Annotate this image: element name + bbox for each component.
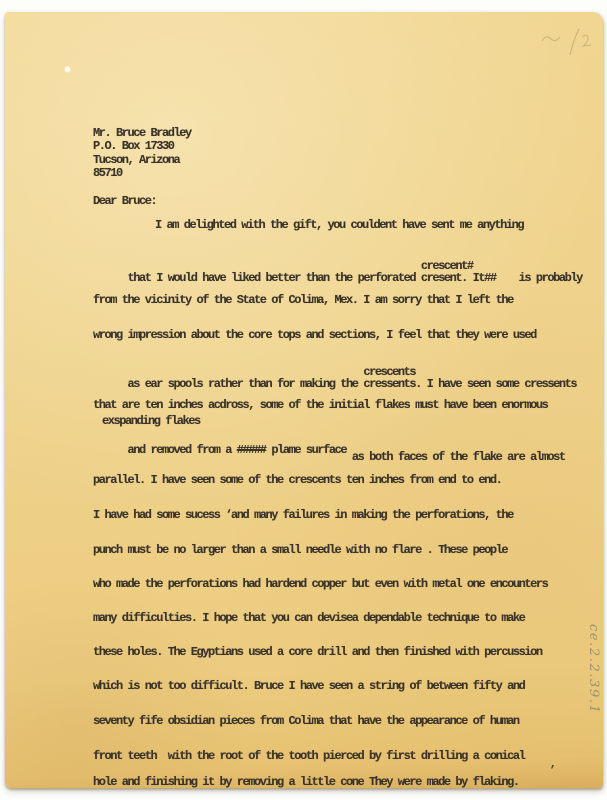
recipient-address: Mr. Bruce Bradley P.O. Box 17330 Tucson,… bbox=[93, 127, 191, 181]
address-line: Tucson, Arizona bbox=[93, 154, 191, 167]
body-line: who made the perforations had hardend co… bbox=[93, 577, 547, 591]
typed-correction: crescentscressents. bbox=[363, 377, 421, 391]
line-text: I have seen some cressents bbox=[421, 377, 576, 391]
archival-number-handwritten: ce.2.2.39.1 bbox=[585, 624, 601, 714]
faint-pencil-scribble bbox=[536, 25, 598, 61]
paper-flaw-speck bbox=[65, 67, 70, 72]
inserted-half-line: exspanding flakes bbox=[102, 414, 200, 428]
body-line: front teeth with the root of the tooth p… bbox=[93, 749, 524, 763]
body-line: which is not too difficult. Bruce I have… bbox=[93, 679, 524, 693]
struck-out-word: ##### bbox=[237, 443, 266, 457]
body-line: wrong impression about the core tops and… bbox=[93, 328, 536, 342]
body-line: I am delighted with the gift, you coulde… bbox=[155, 218, 523, 232]
body-line: punch must be no larger than a small nee… bbox=[93, 543, 507, 557]
typed-correction: crescent#cresent. bbox=[421, 271, 467, 285]
line-text: plame surface bbox=[266, 443, 352, 457]
body-line: that are ten inches acdross, some of the… bbox=[93, 398, 547, 412]
address-line: 85710 bbox=[93, 167, 191, 180]
corrected-word: cresent. bbox=[421, 271, 467, 285]
line-text: and removed from a bbox=[128, 443, 237, 457]
body-line: parallel. I have seen some of the cresce… bbox=[93, 473, 501, 487]
body-line-with-strikeout: and removed from a ##### plame surface a… bbox=[93, 429, 565, 471]
address-line: P.O. Box 17330 bbox=[93, 140, 191, 153]
dropped-baseline-text: as both faces of the flake are almost bbox=[352, 450, 565, 464]
body-line: many difficulties. I hope that you can d… bbox=[93, 611, 524, 625]
letter-paper: Mr. Bruce Bradley P.O. Box 17330 Tucson,… bbox=[5, 12, 603, 788]
correction-above-line: crescents bbox=[363, 365, 415, 379]
body-line: hole and finishing it by removing a litt… bbox=[93, 775, 519, 789]
body-line: from the vicinity of the State of Colima… bbox=[93, 293, 513, 307]
line-text: It## is probably bbox=[467, 271, 582, 285]
address-line: Mr. Bruce Bradley bbox=[93, 127, 191, 140]
correction-above-line: crescent# bbox=[421, 259, 473, 273]
salutation: Dear Bruce: bbox=[93, 194, 156, 208]
body-line: seventy fife obsidian pieces from Colima… bbox=[93, 714, 519, 728]
scanned-letter: Mr. Bruce Bradley P.O. Box 17330 Tucson,… bbox=[0, 0, 607, 800]
corrected-word: cressents. bbox=[363, 377, 421, 391]
line-text: as ear spools rather than for making the bbox=[128, 377, 364, 391]
body-line: these holes. The Egyptians used a core d… bbox=[93, 645, 542, 659]
body-line: I have had some sucess ‘and many failure… bbox=[93, 508, 513, 522]
line-text: that I would have liked better than the … bbox=[128, 271, 421, 285]
stray-ink-mark: ’ bbox=[549, 764, 556, 778]
